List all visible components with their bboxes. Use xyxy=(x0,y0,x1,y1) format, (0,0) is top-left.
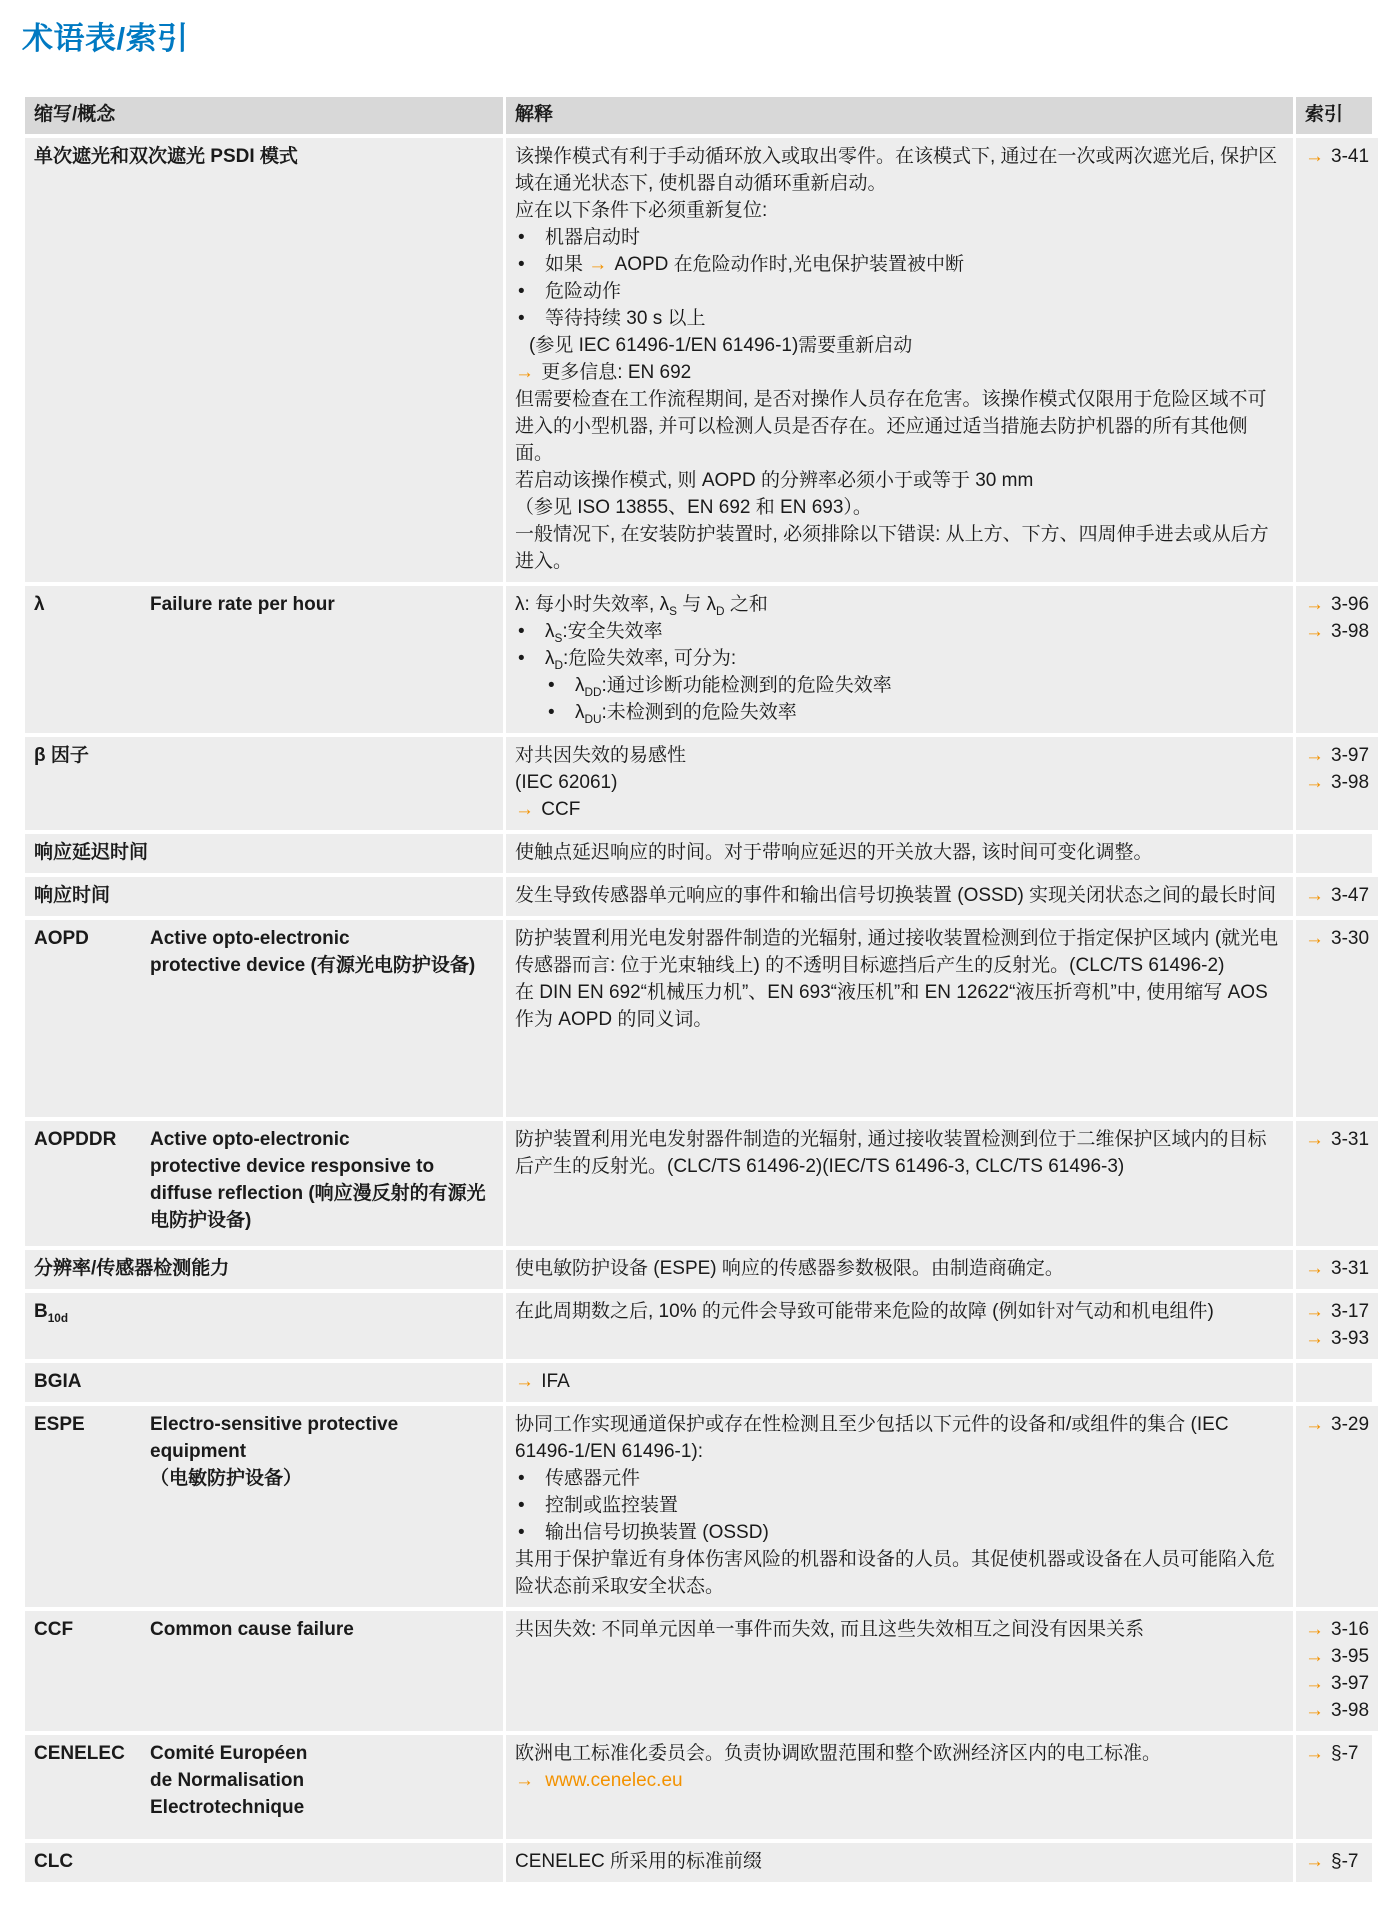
arrow-icon: → xyxy=(1305,1126,1331,1153)
abbreviation-cell: 响应延迟时间 xyxy=(25,834,503,873)
explanation-cell: → IFA xyxy=(506,1363,1293,1402)
arrow-icon: → xyxy=(1305,1255,1331,1282)
table-row-bgia: BGIA→ IFA xyxy=(25,1363,1372,1402)
arrow-icon: → xyxy=(1305,1670,1331,1697)
index-link[interactable]: →§-7 xyxy=(1305,1740,1363,1767)
bullet-item: •λDU:未检测到的危险失效率 xyxy=(545,699,1284,726)
arrow-icon: → xyxy=(1305,1325,1331,1352)
index-page-number: 3-98 xyxy=(1331,769,1369,796)
explanation-cell: CENELEC 所采用的标准前缀 xyxy=(506,1843,1293,1882)
index-page-number: 3-98 xyxy=(1331,618,1369,645)
index-link[interactable]: →3-31 xyxy=(1305,1126,1369,1153)
page-title: 术语表/索引 xyxy=(0,0,1398,58)
arrow-icon: → xyxy=(1305,1298,1331,1325)
index-cell: →3-47 xyxy=(1296,877,1378,916)
arrow-icon: → xyxy=(515,1770,540,1791)
arrow-icon: → xyxy=(1305,925,1331,952)
abbreviation-text: λ xyxy=(34,591,150,618)
explanation-paragraph: → CCF xyxy=(515,796,1284,823)
explanation-paragraph: 该操作模式有利于手动循环放入或取出零件。在该模式下, 通过在一次或两次遮光后, … xyxy=(515,143,1284,197)
abbreviation-cell: B10d xyxy=(25,1293,503,1359)
index-page-number: §-7 xyxy=(1331,1740,1358,1767)
abbreviation-cell: 响应时间 xyxy=(25,877,503,916)
index-link[interactable]: →3-16 xyxy=(1305,1616,1369,1643)
term-text: Failure rate per hour xyxy=(150,591,494,618)
explanation-paragraph: 在 DIN EN 692“机械压力机”、EN 693“液压机”和 EN 1262… xyxy=(515,979,1284,1033)
explanation-cell: λ: 每小时失效率, λS 与 λD 之和•λS:安全失效率•λD:危险失效率,… xyxy=(506,586,1293,733)
bullet-text: 控制或监控装置 xyxy=(545,1492,1284,1519)
bullet-item: •输出信号切换装置 (OSSD) xyxy=(515,1519,1284,1546)
explanation-paragraph: 对共因失效的易感性 xyxy=(515,742,1284,769)
abbreviation-text: ESPE xyxy=(34,1411,150,1438)
abbreviation-text: 响应延迟时间 xyxy=(34,839,494,866)
index-cell xyxy=(1296,834,1372,873)
index-link[interactable]: →3-98 xyxy=(1305,1697,1369,1724)
explanation-cell: 使触点延迟响应的时间。对于带响应延迟的开关放大器, 该时间可变化调整。 xyxy=(506,834,1293,873)
table-row-b10d: B10d在此周期数之后, 10% 的元件会导致可能带来危险的故障 (例如针对气动… xyxy=(25,1293,1372,1359)
index-page-number: 3-98 xyxy=(1331,1697,1369,1724)
arrow-icon: → xyxy=(515,799,536,820)
explanation-cell: 共因失效: 不同单元因单一事件而失效, 而且这些失效相互之间没有因果关系 xyxy=(506,1611,1293,1731)
bullet-item: •λD:危险失效率, 可分为: xyxy=(515,645,1284,672)
arrow-icon: → xyxy=(515,362,536,383)
bullet-item: •机器启动时 xyxy=(515,224,1284,251)
table-row-clc: CLCCENELEC 所采用的标准前缀→§-7 xyxy=(25,1843,1372,1882)
arrow-icon: → xyxy=(1305,1643,1331,1670)
index-cell: →3-29 xyxy=(1296,1406,1378,1607)
index-cell: →3-17→3-93 xyxy=(1296,1293,1378,1359)
index-link[interactable]: →3-98 xyxy=(1305,769,1369,796)
bullet-text: 等待持续 30 s 以上 xyxy=(545,305,1284,332)
bullet-text: λS:安全失效率 xyxy=(545,618,1284,645)
abbreviation-text: CCF xyxy=(34,1616,150,1643)
index-cell: →§-7 xyxy=(1296,1735,1372,1839)
explanation-paragraph: 使触点延迟响应的时间。对于带响应延迟的开关放大器, 该时间可变化调整。 xyxy=(515,839,1284,866)
table-row-aopddr: AOPDDRActive opto-electronic protective … xyxy=(25,1121,1372,1246)
bullet-icon: • xyxy=(515,305,545,332)
index-cell: →3-41 xyxy=(1296,138,1378,582)
table-row-beta: β 因子对共因失效的易感性(IEC 62061)→ CCF→3-97→3-98 xyxy=(25,737,1372,830)
explanation-paragraph: 协同工作实现通道保护或存在性检测且至少包括以下元件的设备和/或组件的集合 (IE… xyxy=(515,1411,1284,1465)
arrow-icon: → xyxy=(1305,882,1331,909)
bullet-item: •传感器元件 xyxy=(515,1465,1284,1492)
explanation-paragraph: CENELEC 所采用的标准前缀 xyxy=(515,1848,1284,1875)
index-page-number: 3-95 xyxy=(1331,1643,1369,1670)
arrow-icon: → xyxy=(1305,1616,1331,1643)
index-link[interactable]: →3-29 xyxy=(1305,1411,1369,1438)
explanation-cell: 欧洲电工标准化委员会。负责协调欧盟范围和整个欧洲经济区内的电工标准。→ www.… xyxy=(506,1735,1293,1839)
term-text: Common cause failure xyxy=(150,1616,494,1643)
bullet-item: •等待持续 30 s 以上 xyxy=(515,305,1284,332)
table-row-resolution: 分辨率/传感器检测能力使电敏防护设备 (ESPE) 响应的传感器参数极限。由制造… xyxy=(25,1250,1372,1289)
index-page-number: 3-30 xyxy=(1331,925,1369,952)
bullet-continuation: (参见 IEC 61496-1/EN 61496-1)需要重新启动 xyxy=(529,332,1284,359)
arrow-icon: → xyxy=(1305,1848,1331,1875)
arrow-icon: → xyxy=(588,254,609,275)
abbreviation-cell: 单次遮光和双次遮光 PSDI 模式 xyxy=(25,138,503,582)
index-link[interactable]: →3-97 xyxy=(1305,1670,1369,1697)
explanation-paragraph: 一般情况下, 在安装防护装置时, 必须排除以下错误: 从上方、下方、四周伸手进去… xyxy=(515,521,1284,575)
index-page-number: 3-31 xyxy=(1331,1126,1369,1153)
explanation-cell: 对共因失效的易感性(IEC 62061)→ CCF xyxy=(506,737,1293,830)
index-link[interactable]: →3-47 xyxy=(1305,882,1369,909)
subscript: D xyxy=(716,605,725,618)
abbreviation-cell: 分辨率/传感器检测能力 xyxy=(25,1250,503,1289)
subscript: 10d xyxy=(48,1312,68,1325)
table-row-response-time: 响应时间发生导致传感器单元响应的事件和输出信号切换装置 (OSSD) 实现关闭状… xyxy=(25,877,1372,916)
explanation-paragraph: 发生导致传感器单元响应的事件和输出信号切换装置 (OSSD) 实现关闭状态之间的… xyxy=(515,882,1284,909)
index-cell: →§-7 xyxy=(1296,1843,1372,1882)
table-header-row: 缩写/概念 解释 索引 xyxy=(25,97,1372,134)
abbreviation-cell: ESPEElectro-sensitive protective equipme… xyxy=(25,1406,503,1607)
arrow-icon: → xyxy=(1305,618,1331,645)
bullet-icon: • xyxy=(515,645,545,672)
arrow-icon: → xyxy=(1305,1411,1331,1438)
explanation-cell: 防护装置利用光电发射器件制造的光辐射, 通过接收装置检测到位于二维保护区域内的目… xyxy=(506,1121,1293,1246)
index-cell: →3-97→3-98 xyxy=(1296,737,1378,830)
external-link[interactable]: → www.cenelec.eu xyxy=(515,1767,1284,1794)
index-cell: →3-96→3-98 xyxy=(1296,586,1378,733)
index-link[interactable]: →3-41 xyxy=(1305,143,1369,170)
column-header-abbreviation: 缩写/概念 xyxy=(25,97,503,134)
abbreviation-text: 单次遮光和双次遮光 PSDI 模式 xyxy=(34,143,494,170)
bullet-text: 输出信号切换装置 (OSSD) xyxy=(545,1519,1284,1546)
bullet-item: •如果 → AOPD 在危险动作时,光电保护装置被中断 xyxy=(515,251,1284,278)
explanation-cell: 使电敏防护设备 (ESPE) 响应的传感器参数极限。由制造商确定。 xyxy=(506,1250,1293,1289)
arrow-icon: → xyxy=(1305,143,1331,170)
explanation-cell: 协同工作实现通道保护或存在性检测且至少包括以下元件的设备和/或组件的集合 (IE… xyxy=(506,1406,1293,1607)
index-page-number: §-7 xyxy=(1331,1848,1358,1875)
index-page-number: 3-29 xyxy=(1331,1411,1369,1438)
explanation-paragraph: （参见 ISO 13855、EN 692 和 EN 693）。 xyxy=(515,494,1284,521)
explanation-paragraph: 欧洲电工标准化委员会。负责协调欧盟范围和整个欧洲经济区内的电工标准。 xyxy=(515,1740,1284,1767)
subscript: DD xyxy=(585,686,602,699)
abbreviation-cell: AOPDDRActive opto-electronic protective … xyxy=(25,1121,503,1246)
abbreviation-text: 分辨率/传感器检测能力 xyxy=(34,1255,494,1282)
index-cell: →3-31 xyxy=(1296,1121,1378,1246)
column-header-index: 索引 xyxy=(1296,97,1372,134)
explanation-paragraph: → 更多信息: EN 692 xyxy=(515,359,1284,386)
arrow-icon: → xyxy=(1305,769,1331,796)
bullet-icon: • xyxy=(515,618,545,645)
bullet-icon: • xyxy=(545,672,575,699)
abbreviation-cell: BGIA xyxy=(25,1363,503,1402)
abbreviation-cell: λFailure rate per hour xyxy=(25,586,503,733)
index-link[interactable]: →3-17 xyxy=(1305,1298,1369,1325)
bullet-text: 传感器元件 xyxy=(545,1465,1284,1492)
arrow-icon: → xyxy=(1305,1740,1331,1767)
subscript: D xyxy=(555,659,564,672)
table-row-lambda: λFailure rate per hourλ: 每小时失效率, λS 与 λD… xyxy=(25,586,1372,733)
explanation-paragraph: 防护装置利用光电发射器件制造的光辐射, 通过接收装置检测到位于二维保护区域内的目… xyxy=(515,1126,1284,1180)
table-row-aopd: AOPDActive opto-electronic protective de… xyxy=(25,920,1372,1117)
bullet-item: •λDD:通过诊断功能检测到的危险失效率 xyxy=(545,672,1284,699)
index-cell: →3-31 xyxy=(1296,1250,1378,1289)
bullet-text: 机器启动时 xyxy=(545,224,1284,251)
bullet-icon: • xyxy=(515,278,545,305)
bullet-text: λDD:通过诊断功能检测到的危险失效率 xyxy=(575,672,1284,699)
table-row-psdi: 单次遮光和双次遮光 PSDI 模式该操作模式有利于手动循环放入或取出零件。在该模… xyxy=(25,138,1372,582)
index-link[interactable]: →3-30 xyxy=(1305,925,1369,952)
bullet-text: λD:危险失效率, 可分为: xyxy=(545,645,1284,672)
abbreviation-text: CENELEC xyxy=(34,1740,150,1767)
index-cell: →3-16→3-95→3-97→3-98 xyxy=(1296,1611,1378,1731)
index-link[interactable]: →3-95 xyxy=(1305,1643,1369,1670)
index-cell: →3-30 xyxy=(1296,920,1378,1117)
index-page-number: 3-31 xyxy=(1331,1255,1369,1282)
arrow-icon: → xyxy=(1305,591,1331,618)
table-row-cenelec: CENELECComité Européen de Normalisation … xyxy=(25,1735,1372,1839)
bullet-icon: • xyxy=(515,224,545,251)
table-row-response-delay-time: 响应延迟时间使触点延迟响应的时间。对于带响应延迟的开关放大器, 该时间可变化调整… xyxy=(25,834,1372,873)
index-page-number: 3-41 xyxy=(1331,143,1369,170)
index-cell xyxy=(1296,1363,1372,1402)
explanation-paragraph: 使电敏防护设备 (ESPE) 响应的传感器参数极限。由制造商确定。 xyxy=(515,1255,1284,1282)
index-page-number: 3-17 xyxy=(1331,1298,1369,1325)
index-link[interactable]: →3-96 xyxy=(1305,591,1369,618)
index-page-number: 3-96 xyxy=(1331,591,1369,618)
explanation-paragraph: 若启动该操作模式, 则 AOPD 的分辨率必须小于或等于 30 mm xyxy=(515,467,1284,494)
index-link[interactable]: →3-97 xyxy=(1305,742,1369,769)
bullet-text: 如果 → AOPD 在危险动作时,光电保护装置被中断 xyxy=(545,251,1284,278)
index-page-number: 3-16 xyxy=(1331,1616,1369,1643)
arrow-icon: → xyxy=(1305,742,1331,769)
abbreviation-cell: CCFCommon cause failure xyxy=(25,1611,503,1731)
table-row-espe: ESPEElectro-sensitive protective equipme… xyxy=(25,1406,1372,1607)
bullet-item: •控制或监控装置 xyxy=(515,1492,1284,1519)
column-header-explanation: 解释 xyxy=(506,97,1293,134)
abbreviation-cell: CLC xyxy=(25,1843,503,1882)
arrow-icon: → xyxy=(1305,1697,1331,1724)
bullet-text: λDU:未检测到的危险失效率 xyxy=(575,699,1284,726)
abbreviation-text: AOPDDR xyxy=(34,1126,150,1153)
explanation-paragraph: 其用于保护靠近有身体伤害风险的机器和设备的人员。其促使机器或设备在人员可能陷入危… xyxy=(515,1546,1284,1600)
term-text: Active opto-electronic protective device… xyxy=(150,1126,494,1234)
bullet-item: •危险动作 xyxy=(515,278,1284,305)
explanation-paragraph: λ: 每小时失效率, λS 与 λD 之和 xyxy=(515,591,1284,618)
explanation-paragraph: 防护装置利用光电发射器件制造的光辐射, 通过接收装置检测到位于指定保护区域内 (… xyxy=(515,925,1284,979)
abbreviation-text: BGIA xyxy=(34,1368,494,1395)
abbreviation-text: 响应时间 xyxy=(34,882,494,909)
subscript: DU xyxy=(585,713,602,726)
explanation-paragraph: 应在以下条件下必须重新复位: xyxy=(515,197,1284,224)
bullet-icon: • xyxy=(515,1519,545,1546)
abbreviation-text: β 因子 xyxy=(34,742,494,769)
subscript: S xyxy=(669,605,677,618)
index-page-number: 3-97 xyxy=(1331,742,1369,769)
abbreviation-text: B10d xyxy=(34,1298,494,1325)
term-text: Active opto-electronic protective device… xyxy=(150,925,494,979)
index-page-number: 3-47 xyxy=(1331,882,1369,909)
index-page-number: 3-93 xyxy=(1331,1325,1369,1352)
explanation-paragraph: → IFA xyxy=(515,1368,1284,1395)
bullet-text: 危险动作 xyxy=(545,278,1284,305)
abbreviation-text: CLC xyxy=(34,1848,494,1875)
bullet-icon: • xyxy=(515,1465,545,1492)
glossary-table: 缩写/概念 解释 索引 单次遮光和双次遮光 PSDI 模式该操作模式有利于手动循… xyxy=(25,97,1372,1882)
subscript: S xyxy=(555,632,563,645)
explanation-paragraph: (IEC 62061) xyxy=(515,769,1284,796)
index-link[interactable]: →§-7 xyxy=(1305,1848,1363,1875)
term-text: Electro-sensitive protective equipment （… xyxy=(150,1411,494,1492)
table-row-ccf: CCFCommon cause failure共因失效: 不同单元因单一事件而失… xyxy=(25,1611,1372,1731)
arrow-icon: → xyxy=(515,1371,536,1392)
term-text: Comité Européen de Normalisation Electro… xyxy=(150,1740,494,1821)
explanation-cell: 发生导致传感器单元响应的事件和输出信号切换装置 (OSSD) 实现关闭状态之间的… xyxy=(506,877,1293,916)
abbreviation-cell: AOPDActive opto-electronic protective de… xyxy=(25,920,503,1117)
bullet-icon: • xyxy=(515,1492,545,1519)
index-link[interactable]: →3-93 xyxy=(1305,1325,1369,1352)
index-page-number: 3-97 xyxy=(1331,1670,1369,1697)
bullet-icon: • xyxy=(545,699,575,726)
bullet-item: •λS:安全失效率 xyxy=(515,618,1284,645)
explanation-cell: 在此周期数之后, 10% 的元件会导致可能带来危险的故障 (例如针对气动和机电组… xyxy=(506,1293,1293,1359)
explanation-cell: 防护装置利用光电发射器件制造的光辐射, 通过接收装置检测到位于指定保护区域内 (… xyxy=(506,920,1293,1117)
bullet-icon: • xyxy=(515,251,545,278)
index-link[interactable]: →3-98 xyxy=(1305,618,1369,645)
abbreviation-text: AOPD xyxy=(34,925,150,952)
index-link[interactable]: →3-31 xyxy=(1305,1255,1369,1282)
explanation-paragraph: 共因失效: 不同单元因单一事件而失效, 而且这些失效相互之间没有因果关系 xyxy=(515,1616,1284,1643)
explanation-paragraph: 但需要检查在工作流程期间, 是否对操作人员存在危害。该操作模式仅限用于危险区域不… xyxy=(515,386,1284,467)
abbreviation-cell: CENELECComité Européen de Normalisation … xyxy=(25,1735,503,1839)
abbreviation-cell: β 因子 xyxy=(25,737,503,830)
explanation-cell: 该操作模式有利于手动循环放入或取出零件。在该模式下, 通过在一次或两次遮光后, … xyxy=(506,138,1293,582)
explanation-paragraph: 在此周期数之后, 10% 的元件会导致可能带来危险的故障 (例如针对气动和机电组… xyxy=(515,1298,1284,1325)
